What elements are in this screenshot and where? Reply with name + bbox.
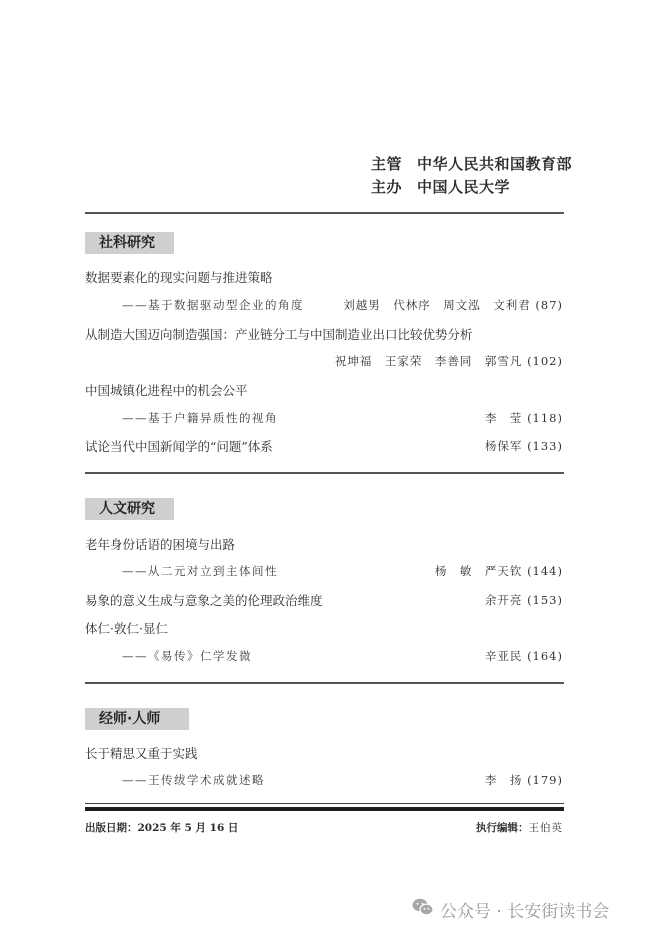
publish-date: 出版日期：2025 年 5 月 16 日 [85, 820, 238, 835]
article-title[interactable]: 易象的意义生成与意象之美的伦理政治维度 [85, 591, 323, 609]
sponsor-organizer: 主办中国人民大学 [371, 176, 510, 197]
page-number: (87) [535, 298, 563, 312]
sponsor-role: 主办 [371, 176, 417, 197]
sponsor-role: 主管 [371, 153, 417, 174]
article-authors: 杨 敏 严天钦 (144) [435, 563, 563, 579]
article-authors: 余开亮 (153) [485, 592, 563, 608]
page-number: (133) [527, 439, 563, 453]
page-number: (102) [527, 354, 563, 368]
sponsor-name: 中华人民共和国教育部 [417, 155, 572, 173]
article-title[interactable]: 中国城镇化进程中的机会公平 [85, 381, 248, 399]
article-subtitle: ——基于户籍异质性的视角 [122, 410, 278, 426]
authors: 杨保军 [485, 439, 523, 453]
editor-label: 执行编辑： [476, 822, 529, 834]
executive-editor: 执行编辑：王伯英 [476, 820, 563, 835]
watermark: 公众号 · 长安街读书会 [412, 897, 609, 922]
section-label-mentors: 经师·人师 [85, 708, 189, 730]
article-subtitle: ——《易传》仁学发微 [122, 648, 252, 664]
divider [85, 212, 564, 214]
article-subtitle: ——基于数据驱动型企业的角度 [122, 297, 304, 313]
sponsor-supervisor: 主管中华人民共和国教育部 [371, 153, 572, 174]
authors: 祝坤福 王家荣 李善同 郭雪凡 [335, 354, 523, 368]
page-number: (164) [527, 649, 563, 663]
footer-thick-rule [85, 807, 564, 811]
article-authors: 刘越男 代林序 周文泓 文利君 (87) [343, 297, 563, 313]
wechat-icon [412, 898, 434, 921]
page-number: (153) [527, 593, 563, 607]
section-label-humanities: 人文研究 [85, 498, 174, 520]
article-title[interactable]: 数据要素化的现实问题与推进策略 [85, 268, 273, 286]
article-title[interactable]: 老年身份话语的困境与出路 [85, 535, 235, 553]
article-authors: 杨保军 (133) [485, 438, 563, 454]
footer-thin-rule [85, 803, 564, 804]
article-title[interactable]: 长于精思又重于实践 [85, 744, 198, 762]
page-number: (118) [527, 411, 563, 425]
editor-name: 王伯英 [529, 822, 564, 834]
divider [85, 682, 564, 684]
watermark-text: 公众号 · 长安街读书会 [440, 897, 609, 922]
article-authors: 祝坤福 王家荣 李善同 郭雪凡 (102) [335, 353, 563, 369]
article-title[interactable]: 从制造大国迈向制造强国：产业链分工与中国制造业出口比较优势分析 [85, 325, 473, 343]
publish-date-value: 2025 年 5 月 16 日 [138, 822, 239, 834]
authors: 余开亮 [485, 593, 523, 607]
article-authors: 李 扬 (179) [485, 772, 563, 788]
authors: 李 莹 [485, 411, 523, 425]
divider [85, 472, 564, 474]
article-subtitle: ——从二元对立到主体间性 [122, 563, 278, 579]
publish-label: 出版日期： [85, 822, 138, 834]
authors: 刘越男 代林序 周文泓 文利君 [343, 298, 531, 312]
article-title[interactable]: 体仁·敦仁·显仁 [85, 619, 168, 637]
page-number: (179) [527, 773, 563, 787]
authors: 杨 敏 严天钦 [435, 564, 523, 578]
page-number: (144) [527, 564, 563, 578]
article-title[interactable]: 试论当代中国新闻学的“问题”体系 [85, 437, 273, 455]
article-authors: 辛亚民 (164) [485, 648, 563, 664]
authors: 辛亚民 [485, 649, 523, 663]
article-authors: 李 莹 (118) [485, 410, 563, 426]
sponsor-name: 中国人民大学 [417, 178, 510, 196]
authors: 李 扬 [485, 773, 523, 787]
article-subtitle: ——王传绂学术成就述略 [122, 772, 265, 788]
section-label-social-science: 社科研究 [85, 232, 174, 254]
